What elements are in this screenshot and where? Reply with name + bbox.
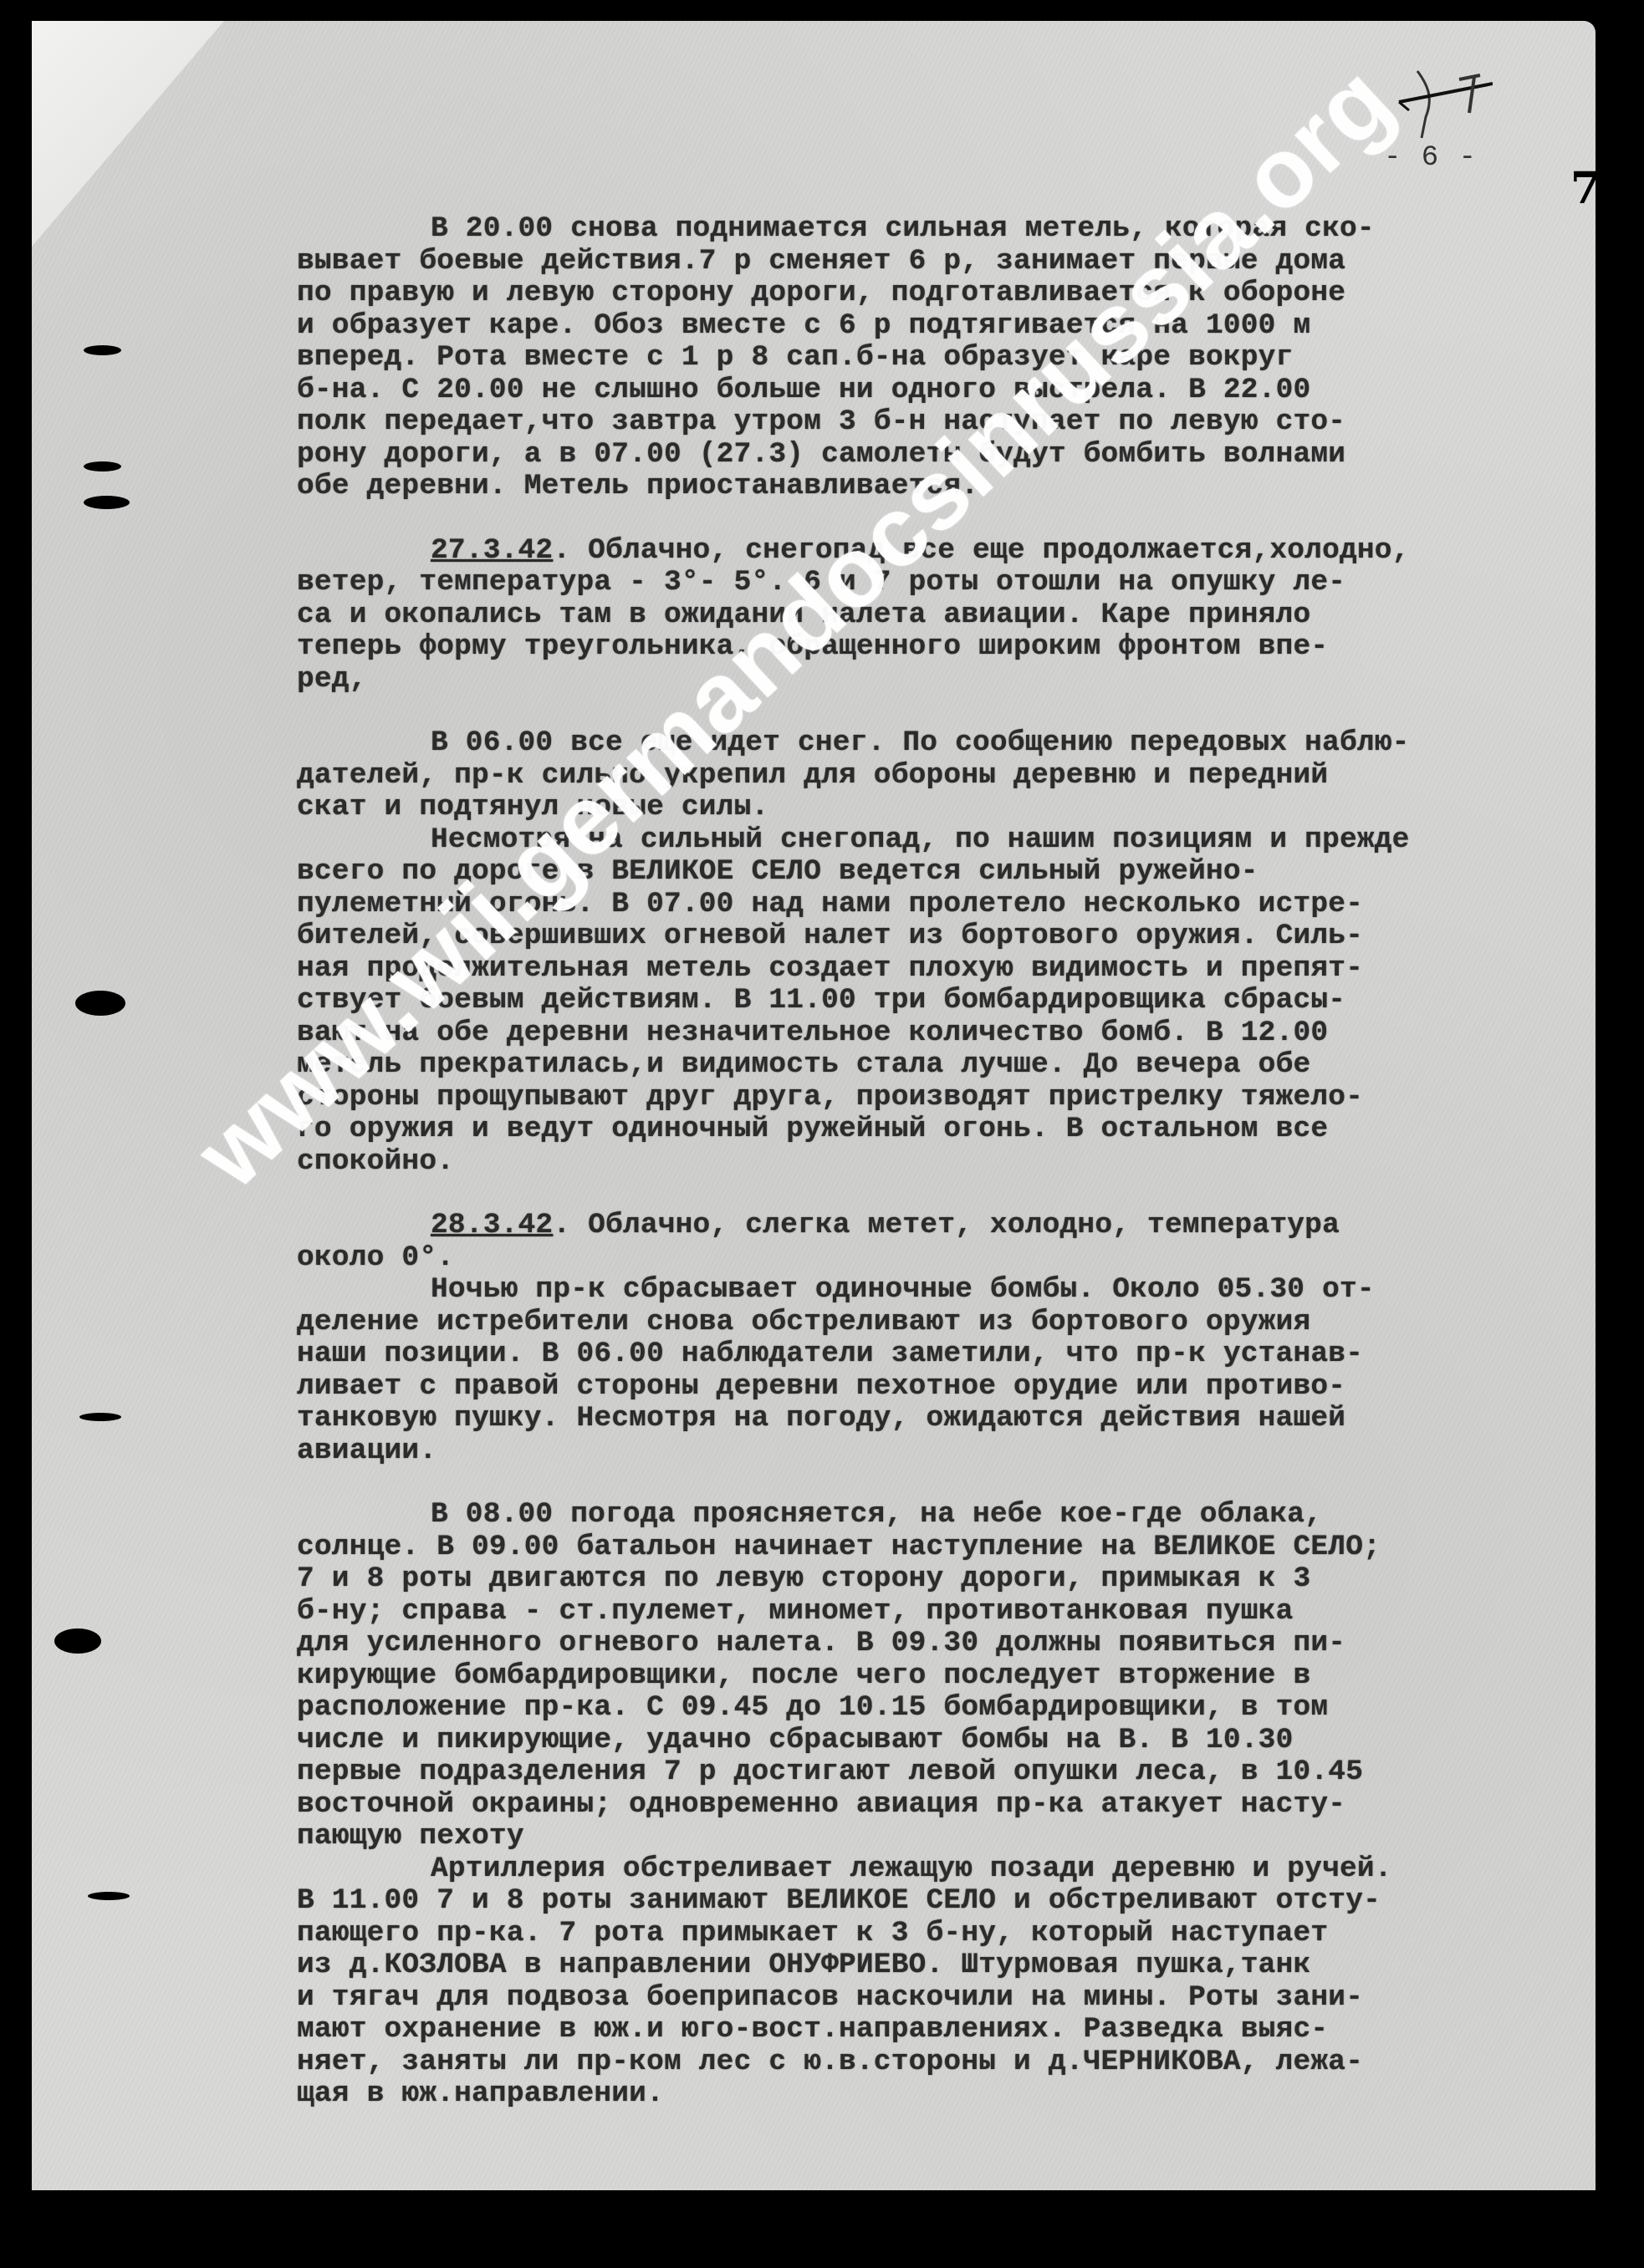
punch-hole-6 bbox=[54, 1628, 101, 1654]
folded-corner bbox=[32, 21, 224, 247]
punch-hole-3 bbox=[84, 496, 130, 509]
typed-page-number: - 6 - bbox=[1384, 142, 1478, 174]
paragraph-8: Артиллерия обстреливает лежащую позади д… bbox=[297, 1853, 1601, 2111]
punch-hole-4 bbox=[75, 991, 125, 1016]
date-heading: 27.3.42 bbox=[431, 534, 553, 567]
punch-hole-2 bbox=[84, 461, 121, 471]
date-heading: 28.3.42 bbox=[431, 1209, 553, 1241]
date-spacer bbox=[297, 1209, 431, 1241]
paragraph-3: В 06.00 все еще идет снег. По сообщению … bbox=[297, 727, 1601, 824]
paragraph-text: Артиллерия обстреливает лежащую позади д… bbox=[297, 1853, 1392, 2111]
punch-hole-5 bbox=[79, 1413, 121, 1421]
paragraph-5: 28.3.42. Облачно, слегка метет, холодно,… bbox=[297, 1210, 1601, 1274]
archive-page-number: 7 bbox=[1570, 163, 1601, 214]
punch-hole-1 bbox=[84, 345, 121, 355]
punch-hole-7 bbox=[88, 1892, 130, 1900]
paragraph-6: Ночью пр-к сбрасывает одиночные бомбы. О… bbox=[297, 1274, 1601, 1467]
paragraph-text: Ночью пр-к сбрасывает одиночные бомбы. О… bbox=[297, 1273, 1375, 1467]
date-spacer bbox=[297, 534, 431, 567]
paragraph-text: В 06.00 все еще идет снег. По сообщению … bbox=[297, 726, 1410, 823]
paragraph-7: В 08.00 погода проясняется, на небе кое-… bbox=[297, 1499, 1601, 1853]
paragraph-text: В 08.00 погода проясняется, на небе кое-… bbox=[297, 1498, 1381, 1853]
